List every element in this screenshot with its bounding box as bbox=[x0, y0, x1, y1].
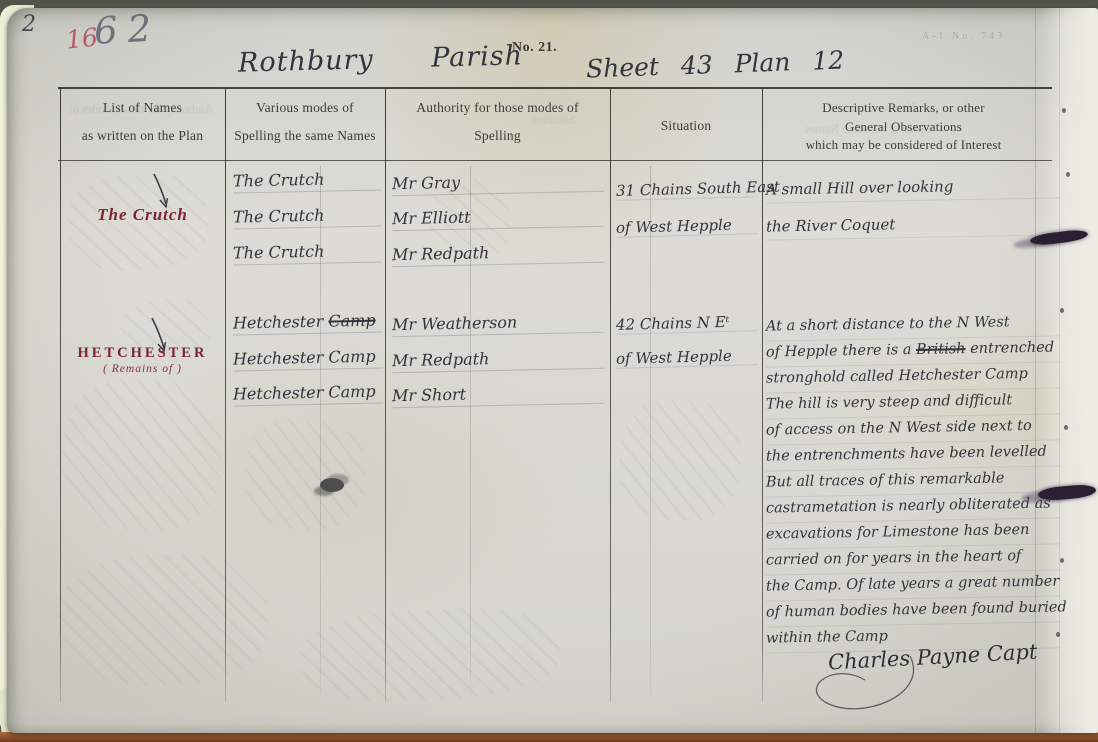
spelling-entry: Hetchester Camp bbox=[233, 310, 383, 335]
situation-line: 42 Chains N Eᵗ bbox=[616, 312, 758, 335]
remarks-text: entrenched bbox=[965, 340, 1054, 358]
authority-entry: Mr Weatherson bbox=[392, 311, 604, 337]
struck-word: Camp bbox=[328, 311, 376, 331]
column-divider bbox=[225, 88, 226, 702]
pencil-smudge bbox=[58, 376, 226, 534]
place-name-note: ( Remains of ) bbox=[60, 363, 225, 375]
column-divider bbox=[610, 88, 611, 702]
situation-line: of West Hepple bbox=[616, 346, 758, 369]
pencil-page-number: 2 bbox=[22, 12, 36, 37]
ink-smudge bbox=[320, 478, 344, 492]
authority-entry: Mr Short bbox=[392, 382, 604, 408]
pencil-smudge bbox=[298, 603, 562, 706]
situation-line: 31 Chains South East bbox=[616, 178, 758, 201]
showthrough-rule bbox=[650, 166, 651, 696]
signature-flourish bbox=[780, 650, 970, 730]
showthrough-text: Spelling the same Names bbox=[768, 122, 968, 137]
spelling-entry: Hetchester Camp bbox=[233, 346, 383, 371]
authority-entry: Mr Gray bbox=[392, 170, 604, 196]
binding-hole bbox=[1062, 108, 1066, 113]
header-bottom-rule bbox=[58, 160, 1052, 161]
pencil-smudge bbox=[240, 415, 369, 535]
folio-number-pencil: 62 bbox=[93, 6, 162, 52]
showthrough-text: Authority for those modes of bbox=[66, 102, 216, 117]
spelling-entry: Hetchester Camp bbox=[233, 381, 383, 406]
header-line: which may be considered of Interest bbox=[764, 136, 1043, 155]
spelling-text: Hetchester bbox=[233, 312, 329, 333]
situation-line: of West Hepple bbox=[616, 215, 758, 238]
spelling-entry: The Crutch bbox=[233, 168, 381, 193]
showthrough-text: Situation bbox=[498, 112, 608, 127]
spelling-entry: The Crutch bbox=[233, 204, 381, 229]
table-left-border bbox=[60, 88, 61, 702]
struck-word: British bbox=[916, 341, 966, 358]
spelling-entry: The Crutch bbox=[233, 240, 381, 265]
pencil-smudge bbox=[616, 396, 744, 524]
binding-hole bbox=[1066, 172, 1070, 177]
showthrough-text: Various modes of bbox=[772, 100, 972, 115]
desk-surface bbox=[0, 732, 1098, 742]
scanned-name-book-page: 2 16 62 No. 21. Rothbury Parish Sheet 43… bbox=[0, 0, 1098, 742]
binding-hole bbox=[1056, 632, 1060, 637]
column-divider bbox=[385, 88, 386, 702]
authority-entry: Mr Redpath bbox=[392, 347, 604, 373]
header-various-modes: Various modes of Spelling the same Names bbox=[227, 94, 383, 150]
authority-entry: Mr Redpath bbox=[392, 241, 604, 267]
remarks-text: of Hepple there is a bbox=[766, 342, 916, 361]
authority-entry: Mr Elliott bbox=[392, 205, 604, 231]
faint-stamp: A-1 No. 743 bbox=[922, 31, 1005, 42]
binding-hole bbox=[1060, 308, 1064, 313]
place-name-hetchester: HETCHESTER bbox=[60, 345, 225, 362]
header-situation: Situation bbox=[612, 112, 760, 140]
pencil-smudge bbox=[56, 551, 270, 688]
binding-hole bbox=[1064, 425, 1068, 430]
header-line: as written on the Plan bbox=[60, 122, 225, 150]
header-line: Spelling the same Names bbox=[227, 122, 383, 150]
table-top-rule bbox=[58, 87, 1052, 89]
binding-hole bbox=[1060, 558, 1064, 563]
place-name-the-crutch: The Crutch bbox=[60, 205, 225, 225]
header-line: Various modes of bbox=[227, 94, 383, 122]
